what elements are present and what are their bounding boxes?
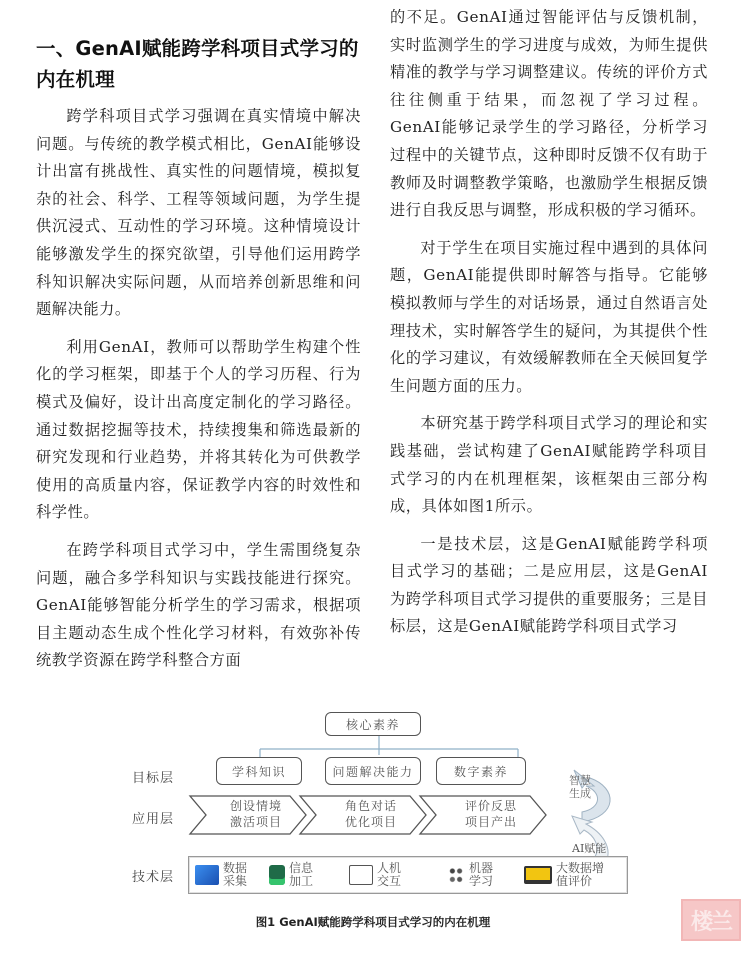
left-column: 一、GenAI赋能跨学科项目式学习的内在机理 跨学科项目式学习强调在真实情境中解… (36, 0, 361, 685)
tech-item-machine-learning: 机器 学习 (447, 862, 493, 888)
paragraph: 一是技术层，这是GenAI赋能跨学科项目式学习的基础；二是应用层，这是GenAI… (390, 531, 708, 641)
arrow-label-ai-empowerment: AI赋能 (572, 840, 606, 856)
paragraph: 在跨学科项目式学习中，学生需围绕复杂问题，融合多学科知识与实践技能进行探究。Ge… (36, 537, 361, 675)
figure-caption: 图1 GenAI赋能跨学科项目式学习的内在机理 (0, 914, 746, 930)
paragraph: 对于学生在项目实施过程中遇到的具体问题，GenAI能提供即时解答与指导。它能够模… (390, 235, 708, 401)
laptop-icon (524, 866, 552, 884)
goal-box-problem-solving: 问题解决能力 (325, 757, 421, 785)
robot-icons (447, 865, 465, 885)
technology-layer-bar: 数据 采集 信息 加工 人机 交互 机器 学习 (188, 856, 628, 894)
paragraph: 本研究基于跨学科项目式学习的理论和实践基础，尝试构建了GenAI赋能跨学科项目式… (390, 410, 708, 520)
tech-item-data-collection: 数据 采集 (195, 862, 247, 888)
figure-framework-diagram: 核心素养 目标层 应用层 技术层 学科知识 问题解决能力 数字素养 创设情境 激… (120, 712, 620, 882)
tech-item-human-computer: 人机 交互 (349, 862, 401, 888)
touch-screen-icon (349, 865, 373, 885)
camera-icon (195, 865, 219, 885)
arrow-label-wisdom-generation: 智慧生成 (565, 774, 595, 800)
paragraph: 跨学科项目式学习强调在真实情境中解决问题。与传统的教学模式相比，GenAI能够设… (36, 103, 361, 324)
application-step: 创设情境 激活项目 (216, 798, 296, 830)
paragraph: 利用GenAI，教师可以帮助学生构建个性化的学习框架，即基于个人的学习历程、行为… (36, 334, 361, 527)
core-literacy-box: 核心素养 (325, 712, 421, 736)
lock-device-icon (269, 865, 285, 885)
goal-box-subject-knowledge: 学科知识 (216, 757, 302, 785)
goal-box-digital-literacy: 数字素养 (436, 757, 526, 785)
layer-label-application: 应用层 (132, 808, 174, 827)
right-column: 的不足。GenAI通过智能评估与反馈机制，实时监测学生的学习进度与成效，为师生提… (390, 0, 708, 651)
application-step: 角色对话 优化项目 (326, 798, 416, 830)
section-title: 一、GenAI赋能跨学科项目式学习的内在机理 (36, 33, 361, 95)
watermark-stamp: 楼兰 (681, 899, 741, 941)
tech-item-big-data: 大数据增 值评价 (524, 862, 604, 888)
paragraph: 的不足。GenAI通过智能评估与反馈机制，实时监测学生的学习进度与成效，为师生提… (390, 4, 708, 225)
application-step: 评价反思 项目产出 (446, 798, 536, 830)
layer-label-technology: 技术层 (132, 866, 174, 885)
tech-item-info-processing: 信息 加工 (269, 862, 313, 888)
layer-label-goal: 目标层 (132, 767, 174, 786)
